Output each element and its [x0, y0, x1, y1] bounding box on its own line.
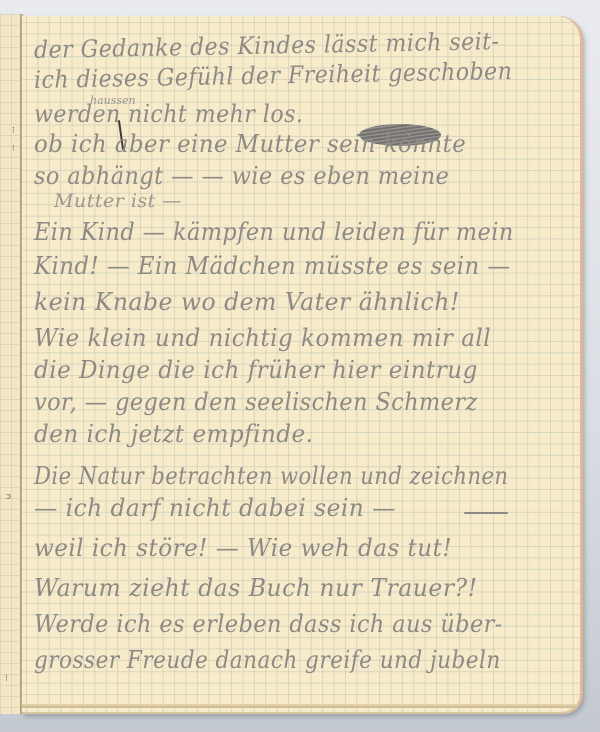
text-line: grosser Freude danach greife und jubeln	[34, 648, 501, 672]
text-line: Werde ich es erleben dass ich aus über-	[34, 612, 503, 636]
page-bottom-edge	[22, 704, 578, 708]
dash-stroke	[464, 512, 508, 514]
margin-mark: ⁝	[12, 144, 15, 154]
text-line: vor, — gegen den seelischen Schmerz	[34, 390, 478, 414]
text-line: den ich jetzt empfinde.	[34, 422, 313, 446]
text-line: Mutter ist —	[54, 192, 182, 211]
text-line: Die Natur betrachten wollen und zeichnen	[34, 464, 508, 488]
text-line: Ein Kind — kämpfen und leiden für mein	[34, 220, 514, 244]
text-line: Wie klein und nichtig kommen mir all	[34, 326, 491, 350]
margin-mark: ⁝	[5, 674, 8, 684]
text-line: Warum zieht das Buch nur Trauer?!	[34, 576, 478, 600]
text-line: weil ich störe! — Wie weh das tut!	[34, 536, 452, 560]
text-line: kein Knabe wo dem Vater ähnlich!	[34, 290, 460, 314]
text-line: werden nicht mehr los.	[34, 102, 303, 126]
text-line: — ich darf nicht dabei sein —	[34, 496, 396, 520]
text-line: ob ich aber eine Mutter sein könnte	[34, 132, 466, 156]
margin-mark: ↄ	[6, 492, 11, 502]
notebook-photo: ⁝ ⁝ ↄ ⁝ der Gedanke des Kindes lässt mic…	[0, 0, 600, 732]
text-line: so abhängt — — wie es eben meine	[34, 164, 449, 188]
text-line: die Dinge die ich früher hier eintrug	[34, 358, 478, 382]
text-line: Kind! — Ein Mädchen müsste es sein —	[34, 254, 511, 278]
margin-mark: ⁝	[12, 126, 15, 136]
